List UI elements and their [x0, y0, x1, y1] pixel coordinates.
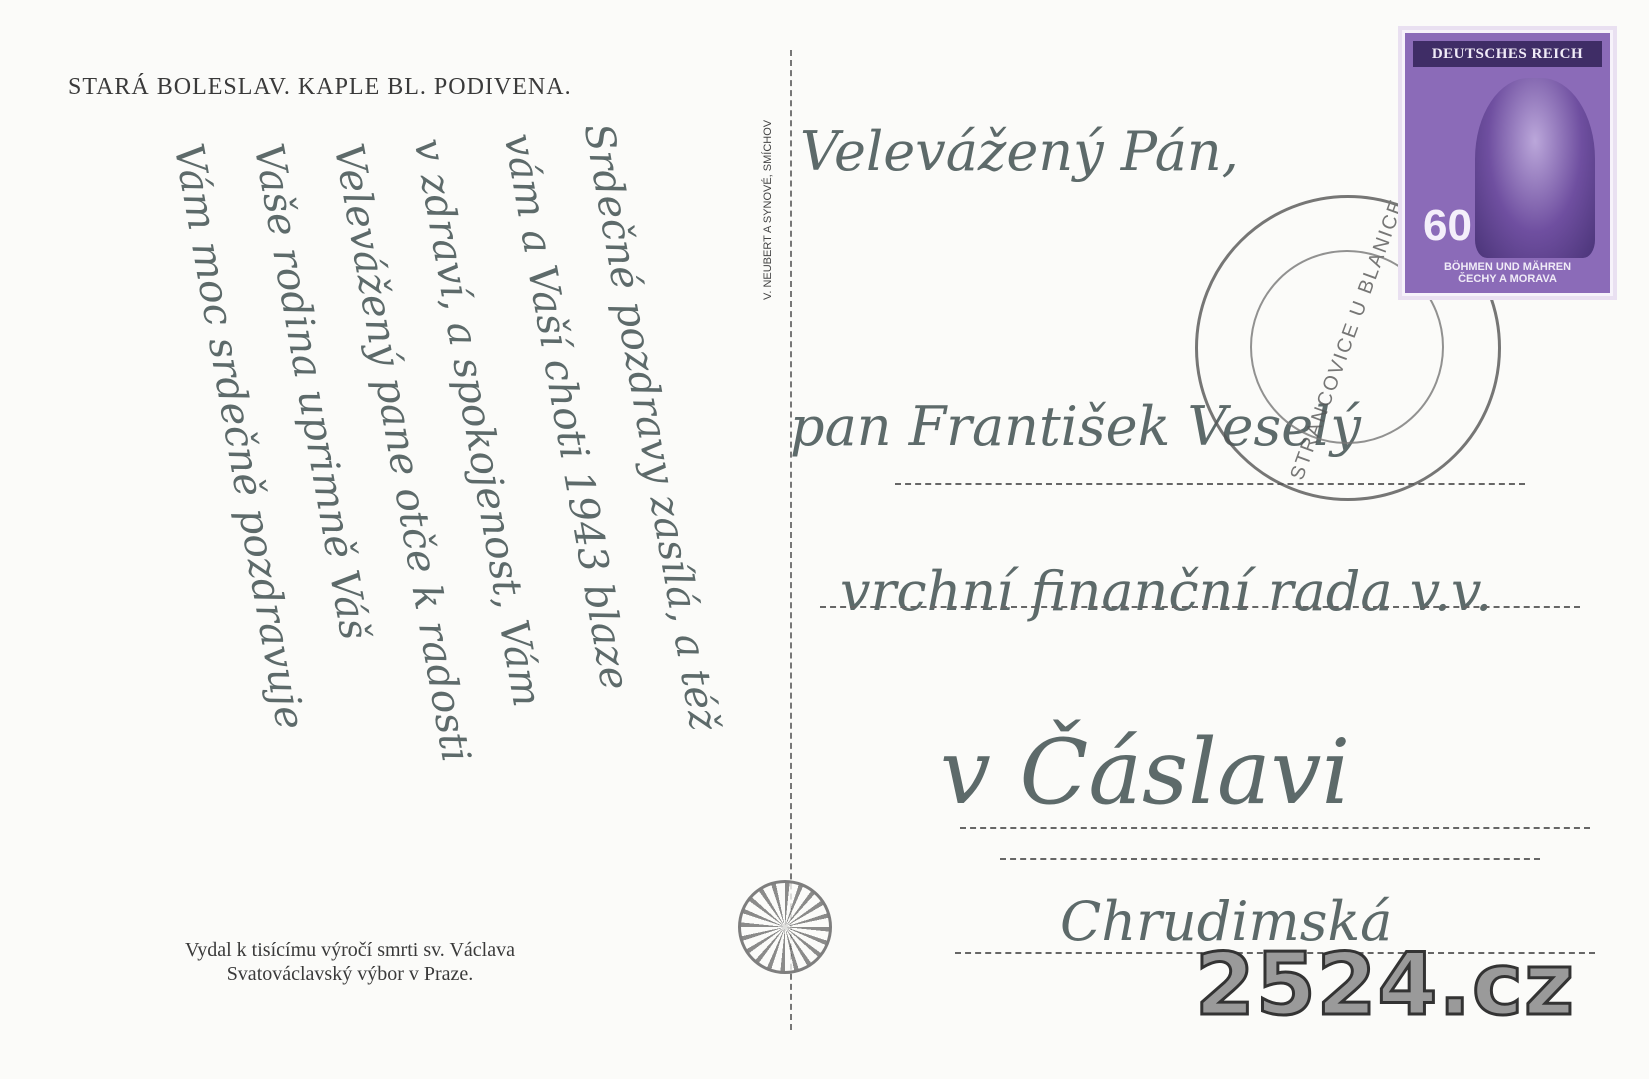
address-line: [820, 606, 1580, 608]
address-line: [1000, 858, 1540, 860]
address-line: [895, 483, 1525, 485]
address-city: v Čáslavi: [940, 720, 1350, 825]
stamp-region-line-2: ČECHY A MORAVA: [1413, 273, 1602, 285]
stamp-country: DEUTSCHES REICH: [1413, 41, 1602, 67]
publisher-imprint: V. NEUBERT A SYNOVÉ, SMÍCHOV: [762, 120, 774, 300]
address-line: [960, 827, 1590, 829]
stamp-region-line-1: BÖHMEN UND MÄHREN: [1413, 261, 1602, 273]
publisher-seal-icon: [738, 880, 832, 974]
footer-line-1: Vydal k tisícímu výročí smrti sv. Václav…: [70, 938, 630, 962]
postage-stamp: DEUTSCHES REICH 60 BÖHMEN UND MÄHREN ČEC…: [1402, 30, 1613, 296]
stamp-portrait-icon: [1475, 78, 1595, 258]
stamp-region: BÖHMEN UND MÄHREN ČECHY A MORAVA: [1413, 261, 1602, 285]
address-title: vrchní finanční rada v.v.: [840, 560, 1492, 623]
footer-line-2: Svatováclavský výbor v Praze.: [70, 962, 630, 986]
postcard: STARÁ BOLESLAV. KAPLE BL. PODIVENA. Srde…: [0, 0, 1649, 1079]
postcard-footer: Vydal k tisícímu výročí smrti sv. Václav…: [70, 938, 630, 986]
postcard-title: STARÁ BOLESLAV. KAPLE BL. PODIVENA.: [68, 74, 572, 101]
address-salutation: Velevážený Pán,: [800, 120, 1239, 183]
watermark: 2524.cz: [1195, 935, 1575, 1035]
stamp-value: 60: [1423, 201, 1472, 251]
